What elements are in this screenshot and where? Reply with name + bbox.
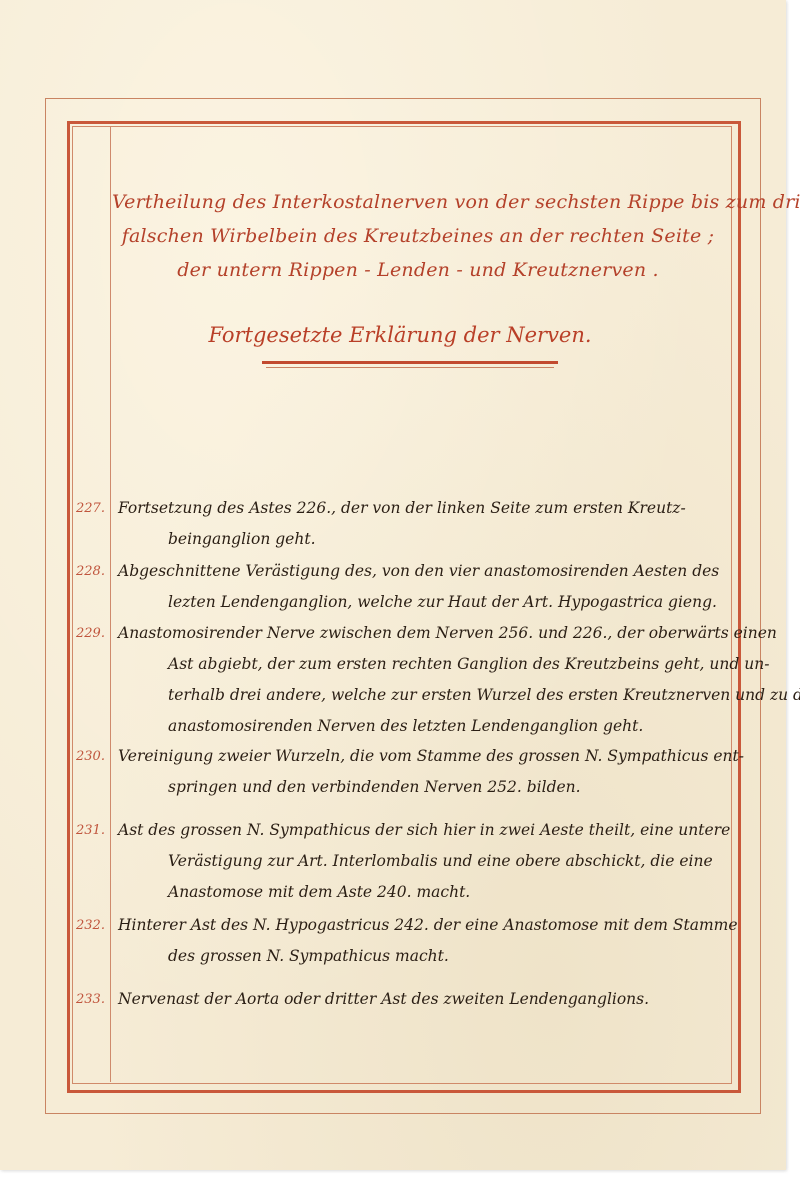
section-subtitle: Fortgesetzte Erklärung der Nerven. [180,320,620,350]
title-line-3: der untern Rippen - Lenden - und Kreutzn… [112,253,724,287]
subtitle-underline [262,361,558,364]
entry-number: 230. [76,741,110,772]
entry-text-line: anastomosirenden Nerven des letzten Lend… [168,711,643,742]
entry-number: 228. [76,556,110,587]
entry-text-line: Ast des grossen N. Sympathicus der sich … [118,815,730,846]
entry-text-line: Fortsetzung des Astes 226., der von der … [118,493,686,524]
entry-number: 231. [76,815,110,846]
entry-text-line: Ast abgiebt, der zum ersten rechten Gang… [168,649,769,680]
margin-rule [110,127,111,1082]
entry-text-line: Verästigung zur Art. Interlombalis und e… [168,846,713,877]
title-line-1: Vertheilung des Interkostalnerven von de… [112,185,724,219]
manuscript-page: Vertheilung des Interkostalnerven von de… [0,0,786,1170]
title-line-2: falschen Wirbelbein des Kreutzbeines an … [112,219,724,253]
entry-text-line: des grossen N. Sympathicus macht. [168,941,449,972]
entry-text-line: Abgeschnittene Verästigung des, von den … [118,556,719,587]
entry-text-line: Vereinigung zweier Wurzeln, die vom Stam… [118,741,744,772]
entry-text-line: Hinterer Ast des N. Hypogastricus 242. d… [118,910,738,941]
page-title: Vertheilung des Interkostalnerven von de… [112,185,724,287]
entry-number: 233. [76,984,110,1015]
entry-text-line: beinganglion geht. [168,524,316,555]
entry-text-line: Anastomosirender Nerve zwischen dem Nerv… [118,618,777,649]
entry-number: 232. [76,910,110,941]
entry-number: 227. [76,493,110,524]
entry-text-line: terhalb drei andere, welche zur ersten W… [168,680,800,711]
entry-text-line: Nervenast der Aorta oder dritter Ast des… [118,984,649,1015]
entry-number: 229. [76,618,110,649]
entry-text-line: Anastomose mit dem Aste 240. macht. [168,877,470,908]
entry-text-line: lezten Lendenganglion, welche zur Haut d… [168,587,717,618]
subtitle-underline-thin [266,367,554,368]
entry-text-line: springen und den verbindenden Nerven 252… [168,772,581,803]
